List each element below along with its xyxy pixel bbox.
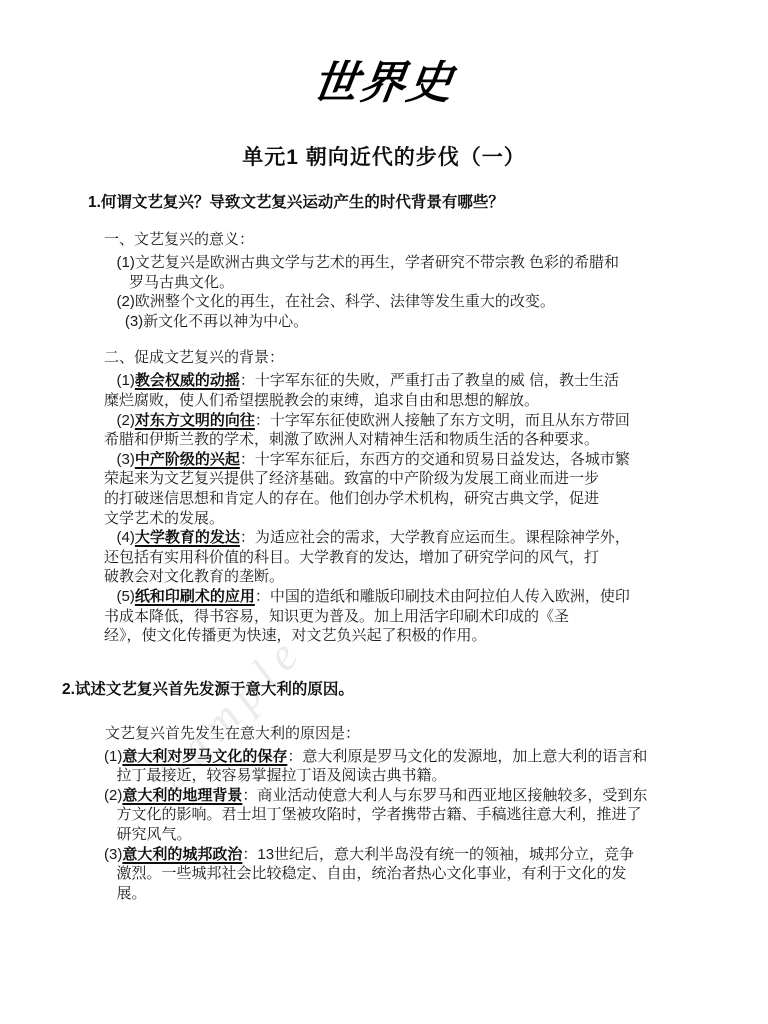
document-title: 世界史 (310, 56, 459, 110)
question-2-heading: 2.试述文艺复兴首先发源于意大利的原因。 (62, 680, 728, 700)
section-1-body: (1)文艺复兴是欧洲古典文学与艺术的再生，学者研究不带宗教 色彩的希腊和 罗马古… (104, 253, 748, 331)
question-1-heading: 1.何谓文艺复兴？导致文艺复兴运动产生的时代背景有哪些？ (88, 193, 728, 213)
question-2-body: (1)意大利对罗马文化的保存：意大利原是罗马文化的发源地，加上意大利的语言和 拉… (104, 747, 748, 904)
unit-heading: 单元1 朝向近代的步伐（一） (242, 146, 526, 169)
subtitle-row: 单元1 朝向近代的步伐（一） (0, 145, 768, 173)
document-page: 世界史 单元1 朝向近代的步伐（一） 1.何谓文艺复兴？导致文艺复兴运动产生的时… (0, 0, 768, 1024)
section-2-header: 二、促成文艺复兴的背景： (104, 348, 728, 368)
section-2-body: (1)教会权威的动摇：十字军东征的失败，严重打击了教皇的威 信，教士生活 糜烂腐… (104, 371, 748, 645)
question-2-intro: 文艺复兴首先发生在意大利的原因是： (105, 724, 728, 744)
section-1-header: 一、文艺复兴的意义： (104, 230, 728, 250)
title-row: 世界史 (0, 56, 768, 121)
